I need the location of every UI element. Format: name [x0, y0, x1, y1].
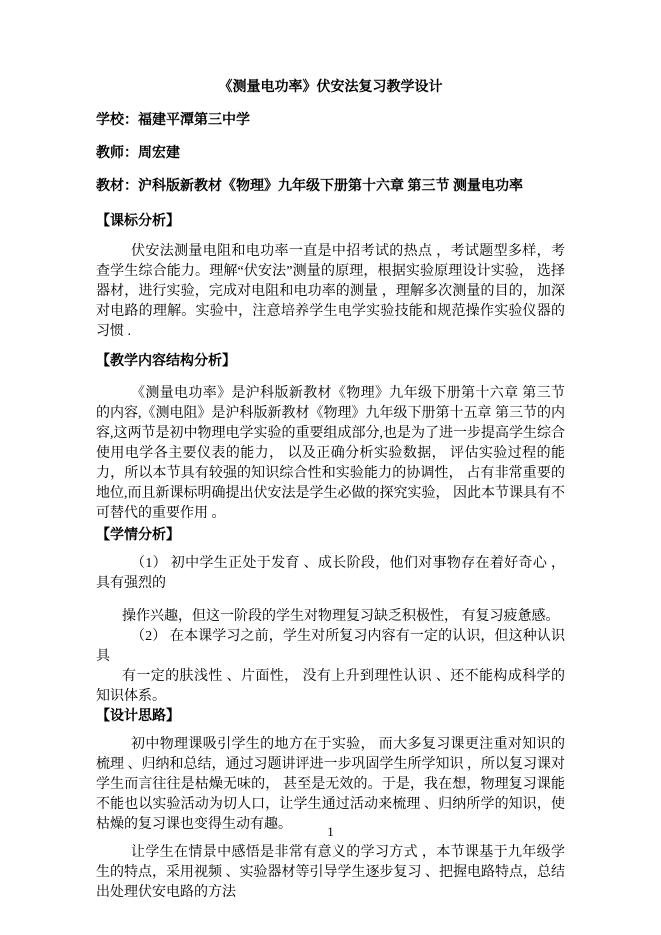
school-line: 学校：福建平潭第三中学 — [96, 111, 565, 131]
paragraph-curriculum-analysis: 伏安法测量电阻和电功率一直是中招考试的热点 ，考试题型多样，考查学生综合能力。理… — [96, 242, 565, 342]
paragraph-learner-point-1: （1） 初中学生正处于发育 、成长阶段，他们对事物存在着好奇心 ，具有强烈的 — [96, 554, 565, 594]
paragraph-design-approach-2: 让学生在情景中感悟是非常有意义的学习方式 ，本节课基于九年级学生的特点，采用视频… — [96, 843, 565, 903]
paragraph-content-structure-analysis: 《测量电功率》是沪科版新教材《物理》九年级下册第十六章 第三节的内容,《测电阻》… — [96, 384, 565, 524]
section-heading-content-structure-analysis: 【教学内容结构分析】 — [96, 352, 565, 372]
document-page: 《测量电功率》伏安法复习教学设计 学校：福建平潭第三中学 教师：周宏建 教材：沪… — [0, 0, 661, 935]
paragraph-learner-point-1-cont: 操作兴趣，但这一阶段的学生对物理复习缺乏积极性， 有复习疲惫感。 — [96, 607, 565, 627]
section-heading-learner-analysis: 【学情分析】 — [96, 526, 565, 546]
section-heading-design-approach: 【设计思路】 — [96, 707, 565, 727]
paragraph-learner-point-2-cont: 有一定的肤浅性 、片面性， 没有上升到理性认识 、还不能构成科学的知识体系。 — [96, 667, 565, 707]
teacher-line: 教师：周宏建 — [96, 144, 565, 164]
paragraph-design-approach-1: 初中物理课吸引学生的地方在于实验， 而大多复习课更注重对知识的梳理 、归纳和总结… — [96, 735, 565, 835]
paragraph-learner-point-2: （2） 在本课学习之前，学生对所复习内容有一定的认识，但这种认识具 — [96, 627, 565, 667]
document-title: 《测量电功率》伏安法复习教学设计 — [96, 78, 565, 98]
section-heading-curriculum-analysis: 【课标分析】 — [96, 212, 565, 232]
page-number: 1 — [0, 822, 661, 842]
document-content: 《测量电功率》伏安法复习教学设计 学校：福建平潭第三中学 教师：周宏建 教材：沪… — [96, 78, 565, 903]
textbook-line: 教材：沪科版新教材《物理》九年级下册第十六章 第三节 测量电功率 — [96, 177, 565, 197]
